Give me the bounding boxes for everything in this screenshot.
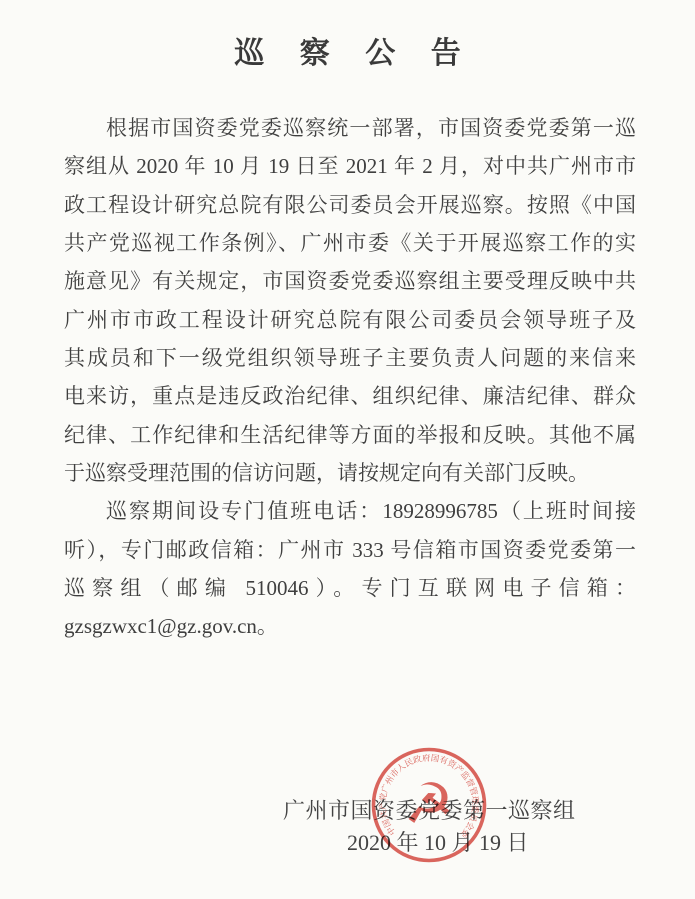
- document-line: 政工程设计研究总院有限公司委员会开展巡察。按照《中国: [64, 186, 636, 224]
- document-line: 巡察组（邮编 510046）。专门互联网电子信箱：: [64, 569, 636, 607]
- document-line: 其成员和下一级党组织领导班子主要负责人问题的来信来: [64, 339, 636, 377]
- document-line: 根据市国资委党委巡察统一部署，市国资委党委第一巡: [64, 109, 636, 147]
- document-body: 根据市国资委党委巡察统一部署，市国资委党委第一巡察组从 2020 年 10 月 …: [64, 109, 636, 646]
- document-title: 巡 察 公 告: [0, 28, 695, 72]
- scanned-notice-page: 巡 察 公 告 根据市国资委党委巡察统一部署，市国资委党委第一巡察组从 2020…: [0, 0, 695, 899]
- document-line: 共产党巡视工作条例》、广州市委《关于开展巡察工作的实: [64, 224, 636, 262]
- signature-date: 2020 年 10 月 19 日: [347, 826, 529, 857]
- signature-org: 广州市国资委党委第一巡察组: [283, 794, 576, 825]
- document-line: 于巡察受理范围的信访问题，请按规定向有关部门反映。: [64, 454, 636, 492]
- document-line: 巡察期间设专门值班电话：18928996785（上班时间接: [64, 492, 636, 530]
- document-line: 察组从 2020 年 10 月 19 日至 2021 年 2 月，对中共广州市市: [64, 147, 636, 185]
- document-line: 电来访，重点是违反政治纪律、组织纪律、廉洁纪律、群众: [64, 377, 636, 415]
- document-line: 听），专门邮政信箱：广州市 333 号信箱市国资委党委第一: [64, 531, 636, 569]
- document-line: 纪律、工作纪律和生活纪律等方面的举报和反映。其他不属: [64, 416, 636, 454]
- document-line: gzsgzwxc1@gz.gov.cn。: [64, 607, 636, 645]
- document-line: 施意见》有关规定，市国资委党委巡察组主要受理反映中共: [64, 262, 636, 300]
- document-line: 广州市市政工程设计研究总院有限公司委员会领导班子及: [64, 301, 636, 339]
